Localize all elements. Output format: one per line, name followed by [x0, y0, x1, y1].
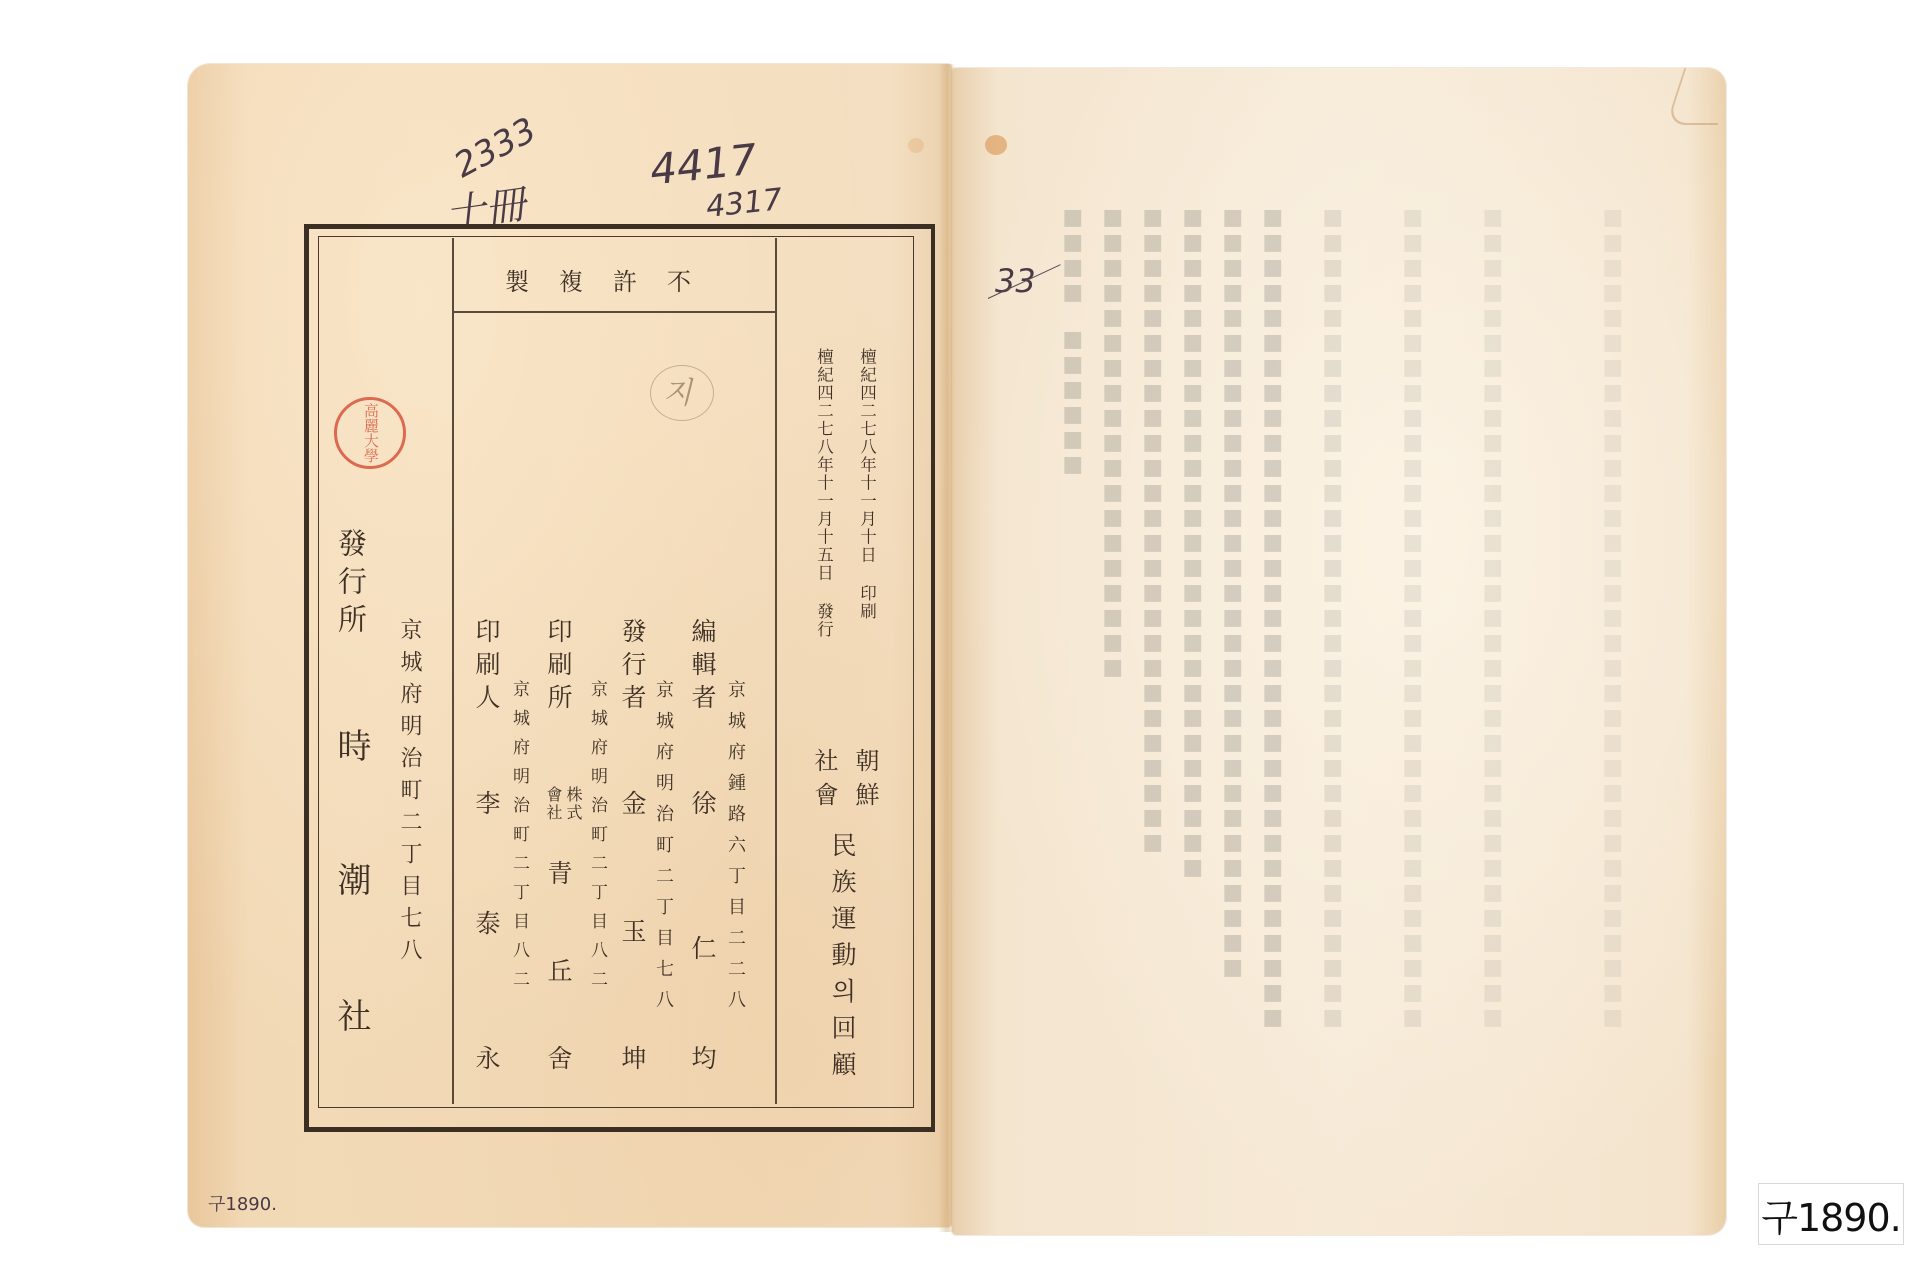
- publishing-house-role: 發行所: [336, 528, 365, 642]
- publisher-name-2: 玉: [620, 918, 645, 943]
- publisher-role: 發行者: [620, 618, 645, 717]
- book-title: 民族運動의回顧: [830, 832, 855, 1088]
- publisher-address: 京城府明治町二丁目七八: [654, 680, 672, 1021]
- publishing-house-address: 京城府明治町二丁目七八: [398, 618, 420, 970]
- header-divider: [453, 311, 775, 313]
- column-divider: [775, 238, 777, 1104]
- title-prefix-2: 社會: [812, 748, 836, 816]
- handwritten-catalog-number: 구1890.: [208, 1190, 277, 1216]
- catalog-label: 구1890.: [1758, 1183, 1904, 1245]
- printer-address: 京城府明治町二丁目八二: [510, 680, 527, 999]
- show-through-text: ■■■■■■■■■■■■■■■■■■■■■■■■■■■■■■■: [1220, 205, 1245, 980]
- print-date: 檀紀四二七八年十一月十日 印刷: [858, 348, 875, 621]
- show-through-text: ■■■■■■■■■■■■■■■■■■■■■■■■■■■■■■■■■: [1400, 205, 1425, 1030]
- catalog-label-text: 구1890.: [1761, 1187, 1901, 1242]
- printing-office-role: 印刷所: [546, 618, 571, 717]
- show-through-text: ■■■■■■■■■■■■■■■■■■■■■■■■■■■■■■■■■: [1320, 205, 1345, 1030]
- editor-address: 京城府鍾路六丁目二二八: [726, 680, 744, 1021]
- printer-name-1: 李: [474, 790, 499, 815]
- printing-office-corp-1: 會社: [545, 786, 561, 822]
- stain-spot: [985, 135, 1007, 155]
- printer-name-2: 泰: [474, 910, 499, 935]
- editor-name-2: 仁: [690, 935, 715, 960]
- book-gutter: [938, 64, 956, 1232]
- copyright-notice: 不許複製: [505, 262, 721, 297]
- stain-spot: [908, 138, 924, 153]
- printing-office-corp-2: 株式: [565, 786, 581, 822]
- column-divider: [452, 238, 454, 1104]
- printing-office-name-2: 丘: [546, 958, 571, 983]
- printer-role: 印刷人: [474, 618, 499, 717]
- show-through-text: ■■■■■■■■■■■■■■■■■■■: [1100, 205, 1125, 680]
- publish-date: 檀紀四二七八年十一月十五日 發行: [815, 348, 832, 639]
- show-through-text: ■■■■■■■■■■■■■■■■■■■■■■■■■■: [1140, 205, 1165, 855]
- show-through-text: ■■■■■■■■■■■■■■■■■■■■■■■■■■■■■■■■■: [1260, 205, 1285, 1030]
- editor-name-3: 均: [690, 1045, 715, 1070]
- show-through-text: ■■■■■■■■■■■■■■■■■■■■■■■■■■■■■■■■■: [1600, 205, 1625, 1030]
- publishing-house-name-2: 潮: [334, 862, 368, 896]
- editor-role: 編輯者: [690, 618, 715, 717]
- editor-name-1: 徐: [690, 790, 715, 815]
- handwritten-page-number: 33: [995, 262, 1036, 300]
- publisher-name-1: 金: [620, 790, 645, 815]
- printing-office-name-3: 舍: [546, 1045, 571, 1070]
- printer-name-3: 永: [474, 1045, 499, 1070]
- publisher-name-3: 坤: [620, 1045, 645, 1070]
- printing-office-name-1: 青: [546, 860, 571, 885]
- show-through-text: ■■■■■■■■■■■■■■■■■■■■■■■■■■■: [1180, 205, 1205, 880]
- publishing-house-name-3: 社: [334, 998, 368, 1032]
- show-through-text: ■■■■■■■■■■■■■■■■■■■■■■■■■■■■■■■■■: [1480, 205, 1505, 1030]
- printing-office-address: 京城府明治町二丁目八二: [588, 680, 605, 999]
- show-through-text: ■■■■ ■■■■■■: [1060, 205, 1085, 477]
- publishing-house-name-1: 時: [334, 728, 368, 762]
- title-prefix-1: 朝鮮: [853, 748, 877, 816]
